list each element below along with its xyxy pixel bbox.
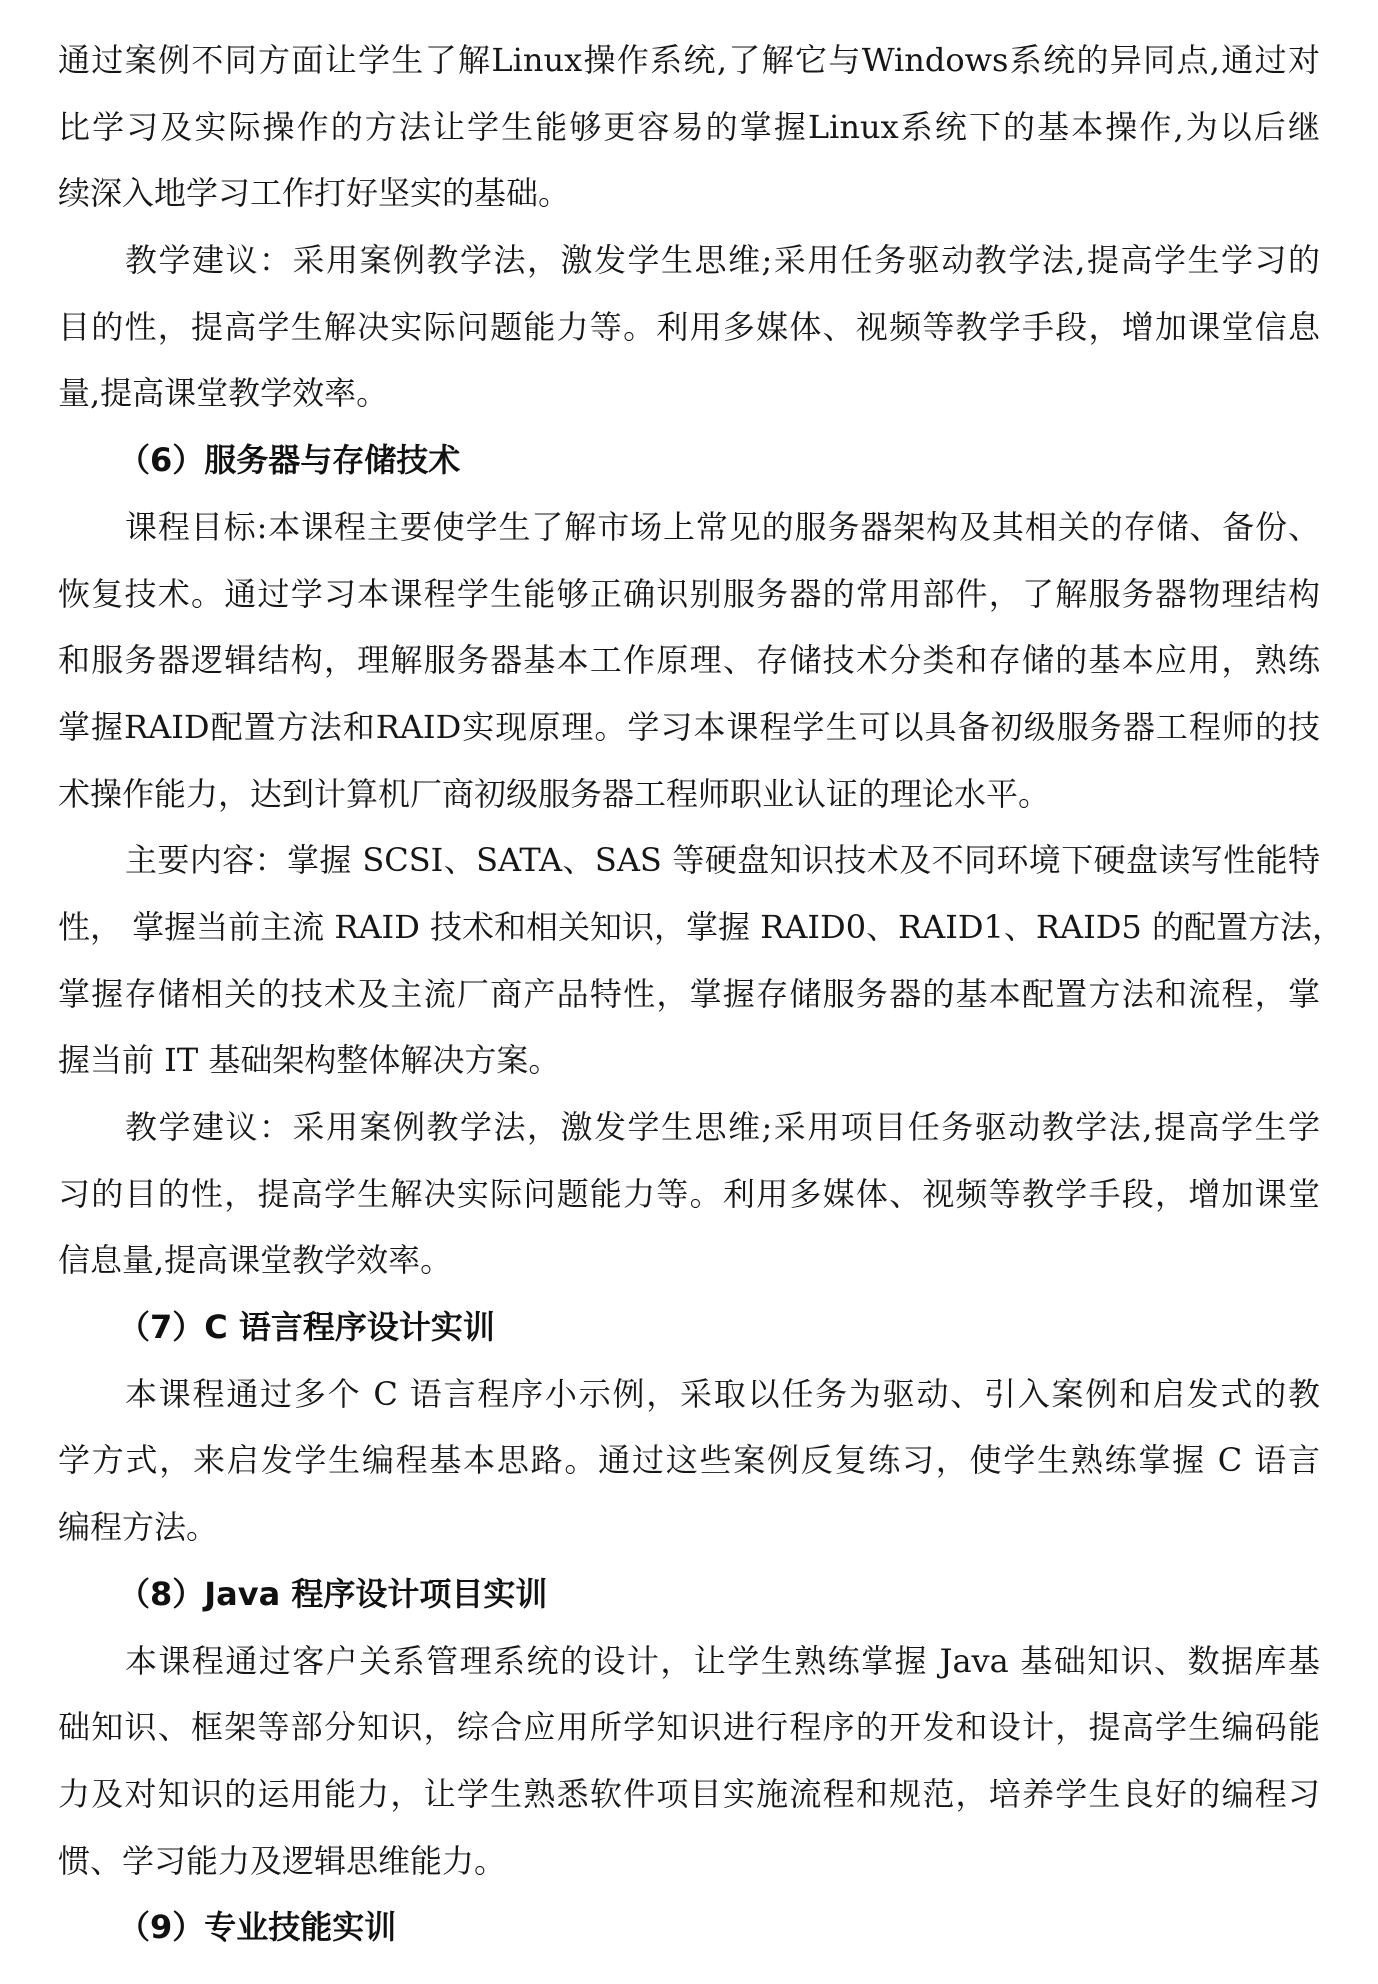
text-line: 续深入地学习工作打好坚实的基础。 bbox=[58, 160, 1320, 227]
text-line: 术操作能力，达到计算机厂商初级服务器工程师职业认证的理论水平。 bbox=[58, 761, 1320, 828]
paragraph-teaching-suggestion-linux: 教学建议：采用案例教学法，激发学生思维;采用任务驱动教学法,提高学生学习的 目的… bbox=[58, 227, 1320, 427]
text-line: 课程目标:本课程主要使学生了解市场上常见的服务器架构及其相关的存储、备份、 bbox=[58, 494, 1320, 561]
text-line: 和服务器逻辑结构，理解服务器基本工作原理、存储技术分类和存储的基本应用，熟练 bbox=[58, 627, 1320, 694]
text-line: 础知识、框架等部分知识，综合应用所学知识进行程序的开发和设计，提高学生编码能 bbox=[58, 1694, 1320, 1761]
text-line: 教学建议：采用案例教学法，激发学生思维;采用任务驱动教学法,提高学生学习的 bbox=[58, 227, 1320, 294]
text-line: 恢复技术。通过学习本课程学生能够正确识别服务器的常用部件，了解服务器物理结构 bbox=[58, 561, 1320, 628]
text-line: 习的目的性，提高学生解决实际问题能力等。利用多媒体、视频等教学手段，增加课堂 bbox=[58, 1161, 1320, 1228]
text-line: 本课程通过多个 C 语言程序小示例，采取以任务为驱动、引入案例和启发式的教 bbox=[58, 1361, 1320, 1428]
paragraph-c-programming: 本课程通过多个 C 语言程序小示例，采取以任务为驱动、引入案例和启发式的教 学方… bbox=[58, 1361, 1320, 1561]
paragraph-java-project: 本课程通过客户关系管理系统的设计，让学生熟练掌握 Java 基础知识、数据库基 … bbox=[58, 1628, 1320, 1895]
text-line: 通过案例不同方面让学生了解Linux操作系统,了解它与Windows系统的异同点… bbox=[58, 27, 1320, 94]
section-heading-java-project: （8）Java 程序设计项目实训 bbox=[58, 1561, 1320, 1628]
text-line: 比学习及实际操作的方法让学生能够更容易的掌握Linux系统下的基本操作,为以后继 bbox=[58, 94, 1320, 161]
text-line: 信息量,提高课堂教学效率。 bbox=[58, 1227, 1320, 1294]
document-page: 通过案例不同方面让学生了解Linux操作系统,了解它与Windows系统的异同点… bbox=[58, 27, 1320, 1961]
section-heading-server-storage: （6）服务器与存储技术 bbox=[58, 427, 1320, 494]
text-line: 掌握RAID配置方法和RAID实现原理。学习本课程学生可以具备初级服务器工程师的… bbox=[58, 694, 1320, 761]
text-line: 教学建议：采用案例教学法，激发学生思维;采用项目任务驱动教学法,提高学生学 bbox=[58, 1094, 1320, 1161]
text-line: 力及对知识的运用能力，让学生熟悉软件项目实施流程和规范，培养学生良好的编程习 bbox=[58, 1761, 1320, 1828]
text-line: 量,提高课堂教学效率。 bbox=[58, 360, 1320, 427]
text-line: 掌握存储相关的技术及主流厂商产品特性，掌握存储服务器的基本配置方法和流程，掌 bbox=[58, 961, 1320, 1028]
section-heading-c-programming: （7）C 语言程序设计实训 bbox=[58, 1294, 1320, 1361]
text-line: 惯、学习能力及逻辑思维能力。 bbox=[58, 1828, 1320, 1895]
text-line: 性， 掌握当前主流 RAID 技术和相关知识，掌握 RAID0、RAID1、RA… bbox=[58, 894, 1320, 961]
paragraph-main-content-server: 主要内容：掌握 SCSI、SATA、SAS 等硬盘知识技术及不同环境下硬盘读写性… bbox=[58, 827, 1320, 1094]
paragraph-course-objective-server: 课程目标:本课程主要使学生了解市场上常见的服务器架构及其相关的存储、备份、 恢复… bbox=[58, 494, 1320, 827]
paragraph-linux-intro: 通过案例不同方面让学生了解Linux操作系统,了解它与Windows系统的异同点… bbox=[58, 27, 1320, 227]
text-line: 学方式，来启发学生编程基本思路。通过这些案例反复练习，使学生熟练掌握 C 语言 bbox=[58, 1427, 1320, 1494]
text-line: 编程方法。 bbox=[58, 1494, 1320, 1561]
text-line: 目的性，提高学生解决实际问题能力等。利用多媒体、视频等教学手段，增加课堂信息 bbox=[58, 294, 1320, 361]
paragraph-teaching-suggestion-server: 教学建议：采用案例教学法，激发学生思维;采用项目任务驱动教学法,提高学生学 习的… bbox=[58, 1094, 1320, 1294]
text-line: 握当前 IT 基础架构整体解决方案。 bbox=[58, 1027, 1320, 1094]
text-line: 本课程通过客户关系管理系统的设计，让学生熟练掌握 Java 基础知识、数据库基 bbox=[58, 1628, 1320, 1695]
section-heading-skills-training: （9）专业技能实训 bbox=[58, 1894, 1320, 1961]
text-line: 主要内容：掌握 SCSI、SATA、SAS 等硬盘知识技术及不同环境下硬盘读写性… bbox=[58, 827, 1320, 894]
